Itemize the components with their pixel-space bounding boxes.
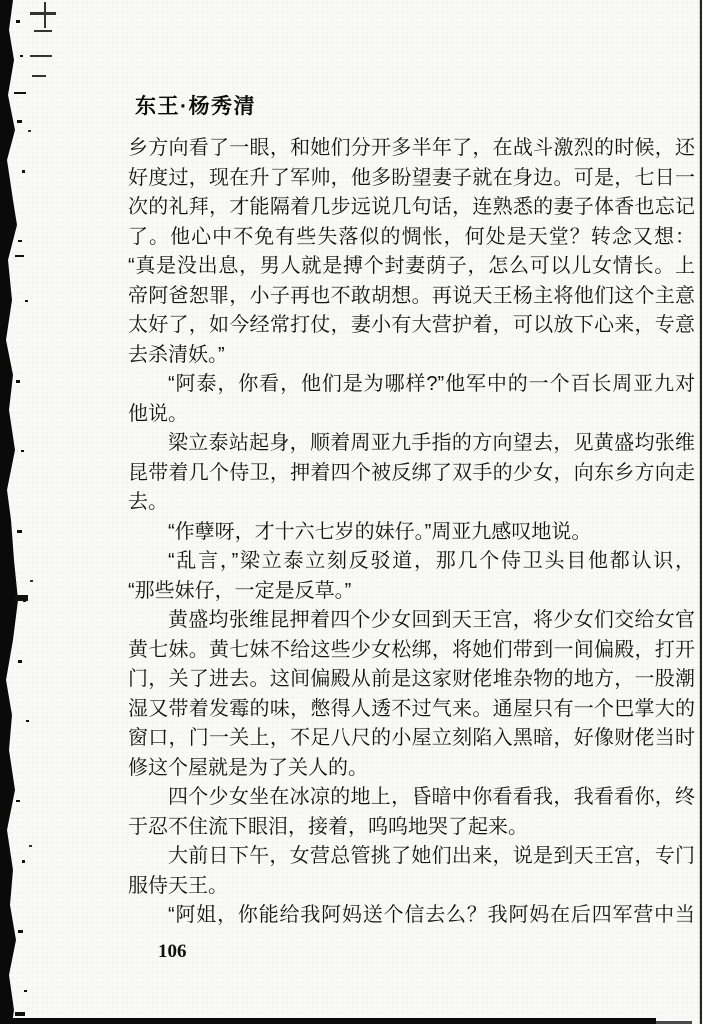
body-text: 乡方向看了一眼，和她们分开多半年了，在战斗激烈的时候，还 好度过，现在升了军帅，… [128, 134, 695, 931]
text-line: 去杀清妖。” [128, 341, 695, 371]
right-page-edge-shadow [699, 0, 700, 1024]
text-line: 大前日下午，女营总管挑了她们出来，说是到天王宫，专门 [128, 842, 695, 872]
left-binding-artifact [0, 0, 90, 1024]
text-line: 了。他心中不免有些失落似的惆怅，何处是天堂？转念又想： [128, 223, 695, 253]
text-line: 于忍不住流下眼泪，接着，呜呜地哭了起来。 [128, 813, 695, 843]
text-line: 黄盛均张维昆押着四个少女回到天王宫，将少女们交给女官 [128, 606, 695, 636]
page-number: 106 [158, 941, 187, 963]
scanned-book-page: 东王·杨秀清 乡方向看了一眼，和她们分开多半年了，在战斗激烈的时候，还 好度过，… [0, 0, 703, 1024]
text-line: 乡方向看了一眼，和她们分开多半年了，在战斗激烈的时候，还 [128, 134, 695, 164]
text-line: “那些妹仔，一定是反草。” [128, 577, 695, 607]
text-line: 梁立泰站起身，顺着周亚九手指的方向望去，见黄盛均张维 [128, 429, 695, 459]
text-line: 太好了，如今经常打仗，妻小有大营护着，可以放下心来，专意 [128, 311, 695, 341]
text-line: 他说。 [128, 400, 695, 430]
text-line: 好度过，现在升了军帅，他多盼望妻子就在身边。可是，七日一 [128, 164, 695, 194]
text-line: “阿泰，你看，他们是为哪样?”他军中的一个百长周亚九对 [128, 370, 695, 400]
text-line: 修这个屋就是为了关人的。 [128, 754, 695, 784]
text-line: 去。 [128, 488, 695, 518]
text-line: 四个少女坐在冰凉的地上，昏暗中你看看我，我看看你，终 [128, 783, 695, 813]
text-line: 帝阿爸恕罪，小子再也不敢胡想。再说天王杨主将他们这个主意 [128, 282, 695, 312]
text-line: 窗口，门一关上，不足八尺的小屋立刻陷入黑暗，好像财佬当时 [128, 724, 695, 754]
text-line: “真是没出息，男人就是搏个封妻荫子，怎么可以儿女情长。上 [128, 252, 695, 282]
text-line: 服侍天王。 [128, 872, 695, 902]
text-line: “作孽呀，才十六七岁的妹仔。”周亚九感叹地说。 [128, 518, 695, 548]
section-title: 东王·杨秀清 [135, 90, 256, 120]
text-line: 门，关了进去。这间偏殿从前是这家财佬堆杂物的地方，一股潮 [128, 665, 695, 695]
right-page-edge [700, 0, 702, 1024]
text-line: “乱言，”梁立泰立刻反驳道，那几个侍卫头目他都认识， [128, 547, 695, 577]
text-line: 次的礼拜，才能隔着几步远说几句话，连熟悉的妻子体香也忘记 [128, 193, 695, 223]
bottom-scan-artifact [8, 1018, 656, 1024]
text-line: 黄七妹。黄七妹不给这些少女松绑，将她们带到一间偏殿，打开 [128, 636, 695, 666]
text-line: 湿又带着发霉的味，憋得人透不过气来。通屋只有一个巴掌大的 [128, 695, 695, 725]
text-line: 昆带着几个侍卫，押着四个被反绑了双手的少女，向东乡方向走 [128, 459, 695, 489]
text-line: “阿姐，你能给我阿妈送个信去么？我阿妈在后四军营中当 [128, 901, 695, 931]
